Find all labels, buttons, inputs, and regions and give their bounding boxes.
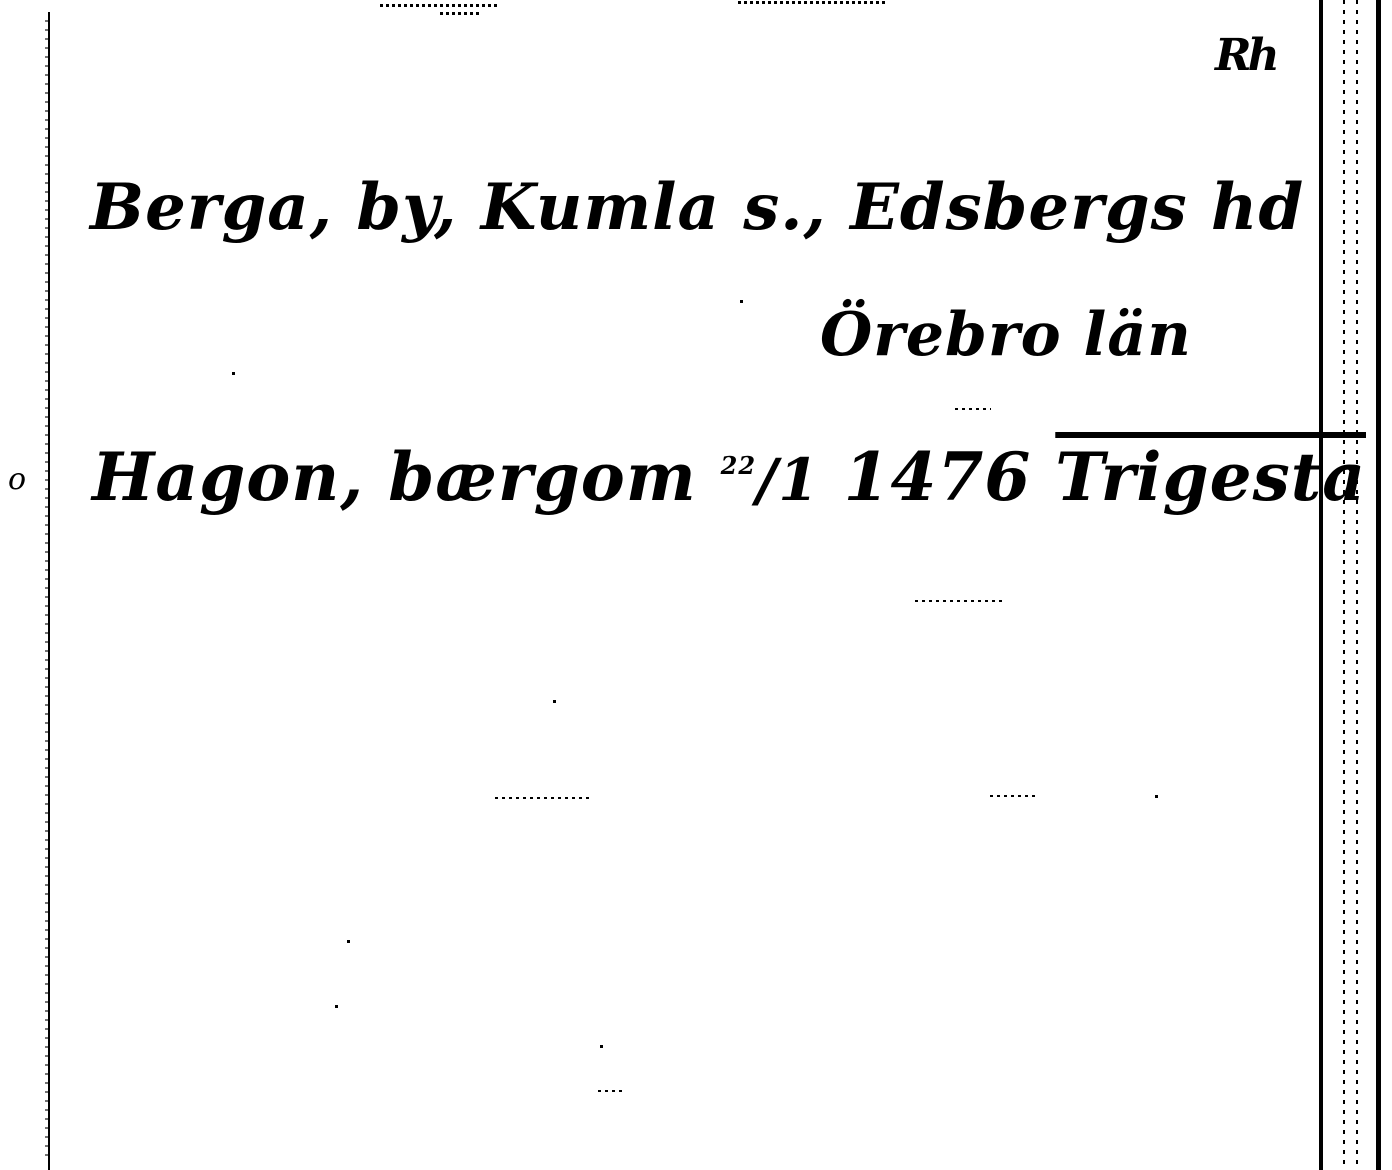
date-year: 1476 [844,438,1032,516]
date-day: 22 [721,451,756,480]
right-edge-rule [1319,0,1323,1170]
scan-speck [738,1,888,4]
corner-signature: Rh [1215,30,1276,81]
scan-dot [740,300,743,303]
right-edge-dotted-line [1343,0,1345,1170]
archive-card: Rh o Berga, by, Kumla s., Edsbergs hd Ör… [0,0,1392,1170]
entry-date: 22/1 [721,446,820,514]
scan-dash [915,600,1005,602]
scan-dash [495,797,590,799]
person-name: Hagon [92,438,340,516]
margin-mark: o [8,462,26,497]
person-role: bærgom [388,438,696,516]
scan-speck [440,12,480,15]
entry-line: Hagon, bærgom 22/1 1476 Trigesta [92,438,1366,516]
scan-dot [600,1045,603,1048]
separator: , [340,438,364,516]
date-month: 1 [778,446,819,514]
source-note: Trigesta [1055,438,1366,516]
location-line: Berga, by, Kumla s., Edsbergs hd [90,170,1304,245]
scan-speck [380,4,500,7]
card-right-edge [1376,0,1381,1170]
right-edge-dotted-line [1356,0,1358,1170]
scan-dash [598,1090,622,1092]
left-margin-scan-noise [45,20,50,1160]
scan-dot [347,940,350,943]
scan-dot [1155,795,1158,798]
scan-dot [553,700,556,703]
scan-dash [990,795,1035,797]
scan-dot [232,372,235,375]
county-line: Örebro län [820,300,1192,370]
scan-dash [955,408,991,410]
scan-dot [335,1005,338,1008]
